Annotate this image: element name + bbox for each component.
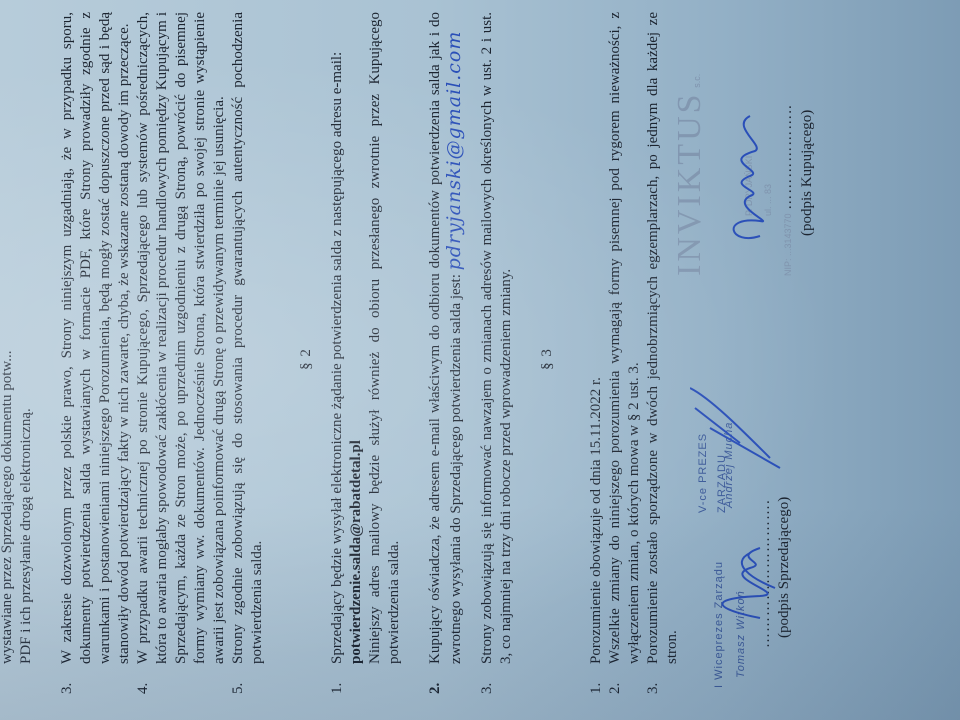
item-number: 3. [478,683,497,694]
signature-area: I Wiceprezes Zarządu V-ce PREZES ZARZĄDU… [690,12,880,706]
item-text: Porozumienie obowiązuje od dnia 15.11.20… [588,377,604,664]
item-text: Strony zgodnie zobowiązują się do stosow… [230,12,265,664]
section1-item-5: 5. Strony zgodnie zobowiązują się do sto… [229,12,267,706]
buyer-stamp-detail-2: ul. ... 83 [759,6,778,276]
buyer-signature-caption: (podpis Kupującego) [798,6,817,276]
item-text: Wszelkie zmiany do niniejszego porozumie… [607,12,642,664]
section3-item-1: 1. Porozumienie obowiązuje od dnia 15.11… [587,12,606,706]
top-fragment: wystawiane przez Sprzedającego dokumentu… [0,12,36,706]
seller-signature-caption: (podpis Sprzedającego) [775,388,794,688]
buyer-stamp-suffix: s.c. [692,74,702,88]
section2-heading: § 2 [297,12,316,706]
item-number: 2. [426,683,445,694]
seller-signature-line: ………………………. [756,388,775,688]
section1-item-3: 3. W zakresie dozwolonym przez polskie p… [58,12,134,706]
section2-item-3: 3. Strony zobowiązują się informować naw… [478,12,516,706]
buyer-stamp-detail-1: P. DRYJAŃSKI [740,6,759,276]
item-number: 5. [229,683,248,694]
item-number: 2. [606,683,625,694]
item-number: 3. [58,683,77,694]
item-text: W przypadku awarii technicznej po stroni… [135,12,227,664]
item-text-after: Niniejszy adres mailowy będzie służył ró… [367,12,402,664]
buyer-signature-block: INVIKTUS s.c. P. DRYJAŃSKI ul. ... 83 NI… [680,6,817,276]
section3-heading: § 3 [538,12,557,706]
item-number: 3. [644,683,663,694]
document-page: wystawiane przez Sprzedającego dokumentu… [0,0,960,720]
item-text: Sprzedający będzie wysyłał elektroniczne… [329,52,345,664]
buyer-stamp-nip: NIP: ...3143770 [783,213,793,276]
document-content: wystawiane przez Sprzedającego dokumentu… [0,12,880,706]
seller-stamp-name-2: Andrzej Mucha [720,422,739,508]
seller-stamp-name-1: Tomasz Witkoń [732,590,751,678]
item-number: 1. [587,683,606,694]
section2-item-1: 1. Sprzedający będzie wysyłał elektronic… [328,12,404,706]
section3-item-2: 2. Wszelkie zmiany do niniejszego porozu… [606,12,644,706]
item-number: 1. [328,683,347,694]
buyer-handwritten-email: pdryjanski@gmail.com [443,31,465,271]
item-number: 4. [134,683,153,694]
section2-item-2: 2. Kupujący oświadcza, że adresem e-mail… [426,12,466,706]
item-text: Strony zobowiązują się informować nawzaj… [479,12,514,664]
seller-signature-block: I Wiceprezes Zarządu V-ce PREZES ZARZĄDU… [690,388,794,688]
section1-item-4: 4. W przypadku awarii technicznej po str… [134,12,229,706]
seller-stamp-title-1: I Wiceprezes Zarządu [710,561,729,688]
top-fragment-line2: PDF i ich przesyłanie drogą elektroniczn… [18,408,34,664]
buyer-stamp-company: INVIKTUS [671,91,708,276]
top-fragment-line1: wystawiane przez Sprzedającego dokumentu… [0,351,15,665]
buyer-signature-line: ……………….. [779,104,795,210]
item-text: W zakresie dozwolonym przez polskie praw… [59,12,132,664]
seller-email-link[interactable]: potwierdzenie.salda@rabatdetal.pl [348,440,364,664]
